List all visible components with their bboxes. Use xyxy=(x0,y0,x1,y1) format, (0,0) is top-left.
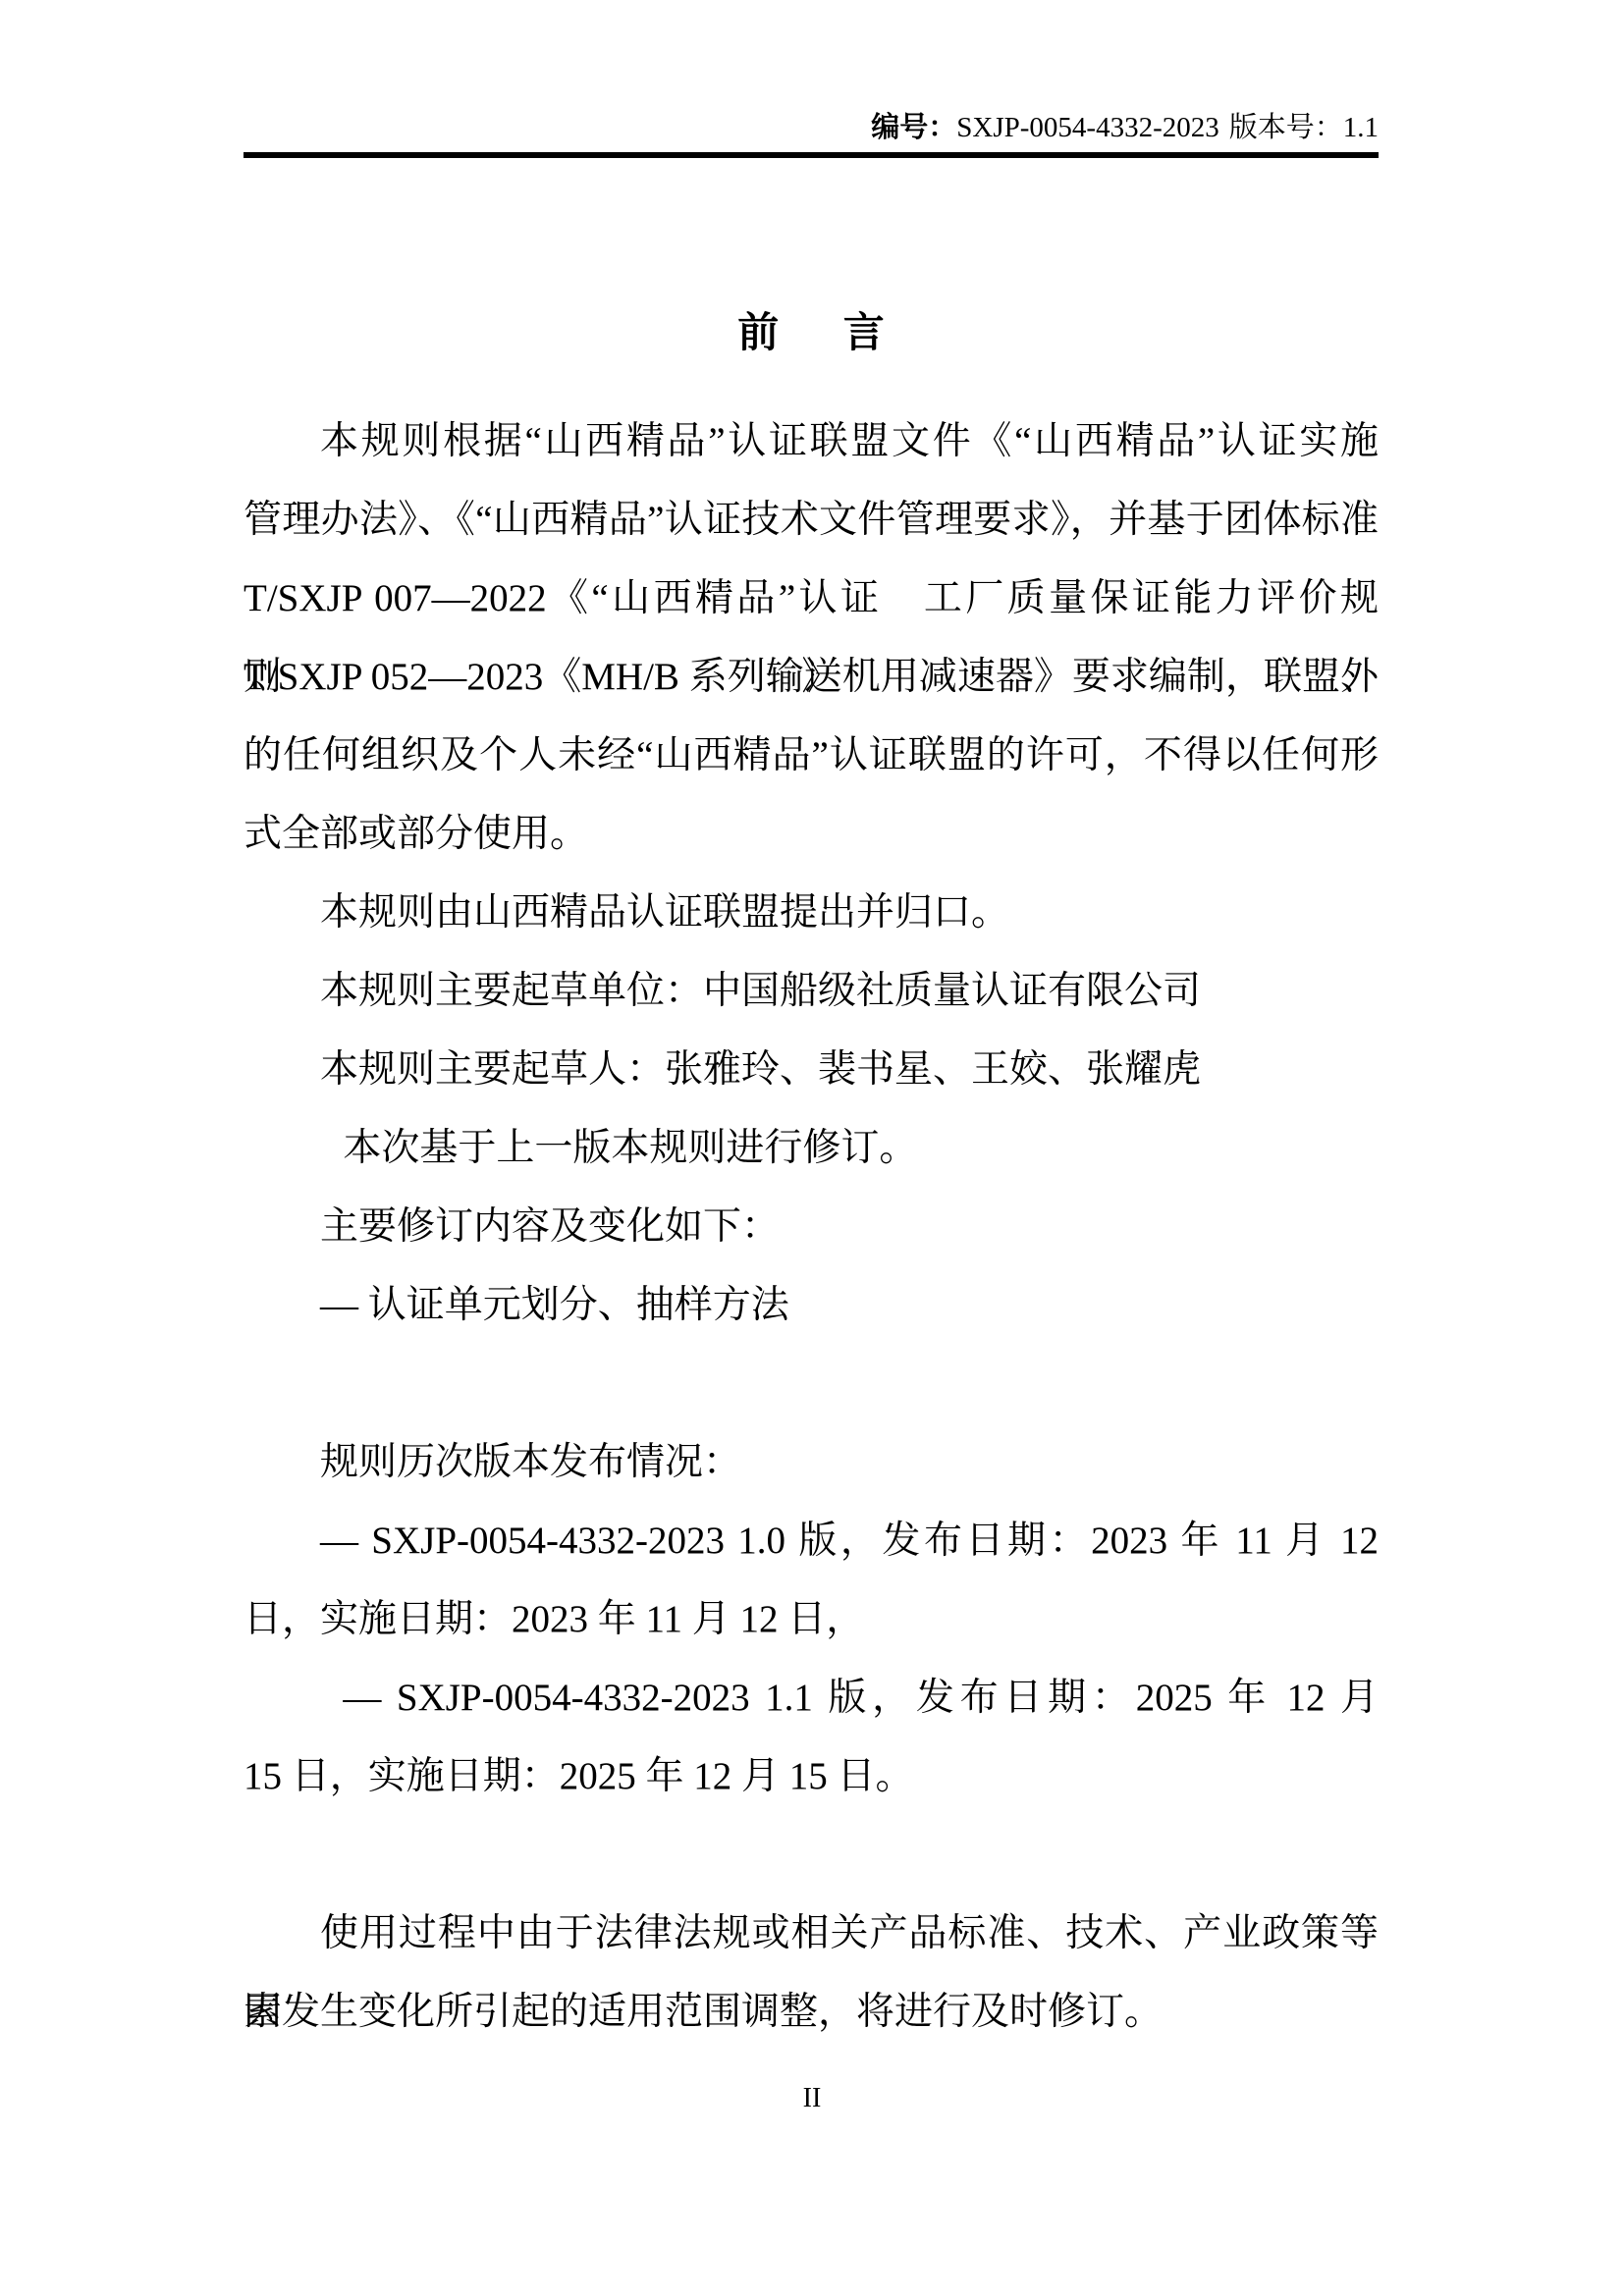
text-line: — SXJP-0054-4332-2023 1.0 版，发布日期：2023 年 … xyxy=(244,1502,1379,1580)
text-line: 管理办法》、《“山西精品”认证技术文件管理要求》，并基于团体标准 xyxy=(244,481,1379,560)
document-page: 编号：SXJP-0054-4332-2023版本号：1.1 前 言 本规则根据“… xyxy=(0,0,1624,2296)
text-line: 素发生变化所引起的适用范围调整，将进行及时修订。 xyxy=(244,1973,1379,2052)
header-rule-divider xyxy=(244,152,1379,158)
body-lines: 本规则根据“山西精品”认证联盟文件《“山西精品”认证实施管理办法》、《“山西精品… xyxy=(244,402,1379,2052)
text-line: 本规则由山西精品认证联盟提出并归口。 xyxy=(244,874,1379,952)
version-value: 1.1 xyxy=(1343,112,1379,143)
text-line: 本次基于上一版本规则进行修订。 xyxy=(244,1109,1379,1188)
text-line: 本规则根据“山西精品”认证联盟文件《“山西精品”认证实施 xyxy=(244,402,1379,481)
blank-line xyxy=(244,1816,1379,1895)
doc-number-value: SXJP-0054-4332-2023 xyxy=(956,112,1218,143)
text-line: — SXJP-0054-4332-2023 1.1 版，发布日期：2025 年 … xyxy=(244,1659,1379,1737)
text-line: 15 日，实施日期：2025 年 12 月 15 日。 xyxy=(244,1737,1379,1816)
text-line: 本规则主要起草单位：中国船级社质量认证有限公司 xyxy=(244,952,1379,1031)
doc-number-label: 编号： xyxy=(871,112,956,143)
text-line: 的任何组织及个人未经“山西精品”认证联盟的许可，不得以任何形 xyxy=(244,717,1379,795)
version-label: 版本号： xyxy=(1229,112,1343,143)
text-line: 式全部或部分使用。 xyxy=(244,795,1379,874)
page-header: 编号：SXJP-0054-4332-2023版本号：1.1 xyxy=(244,108,1379,147)
text-line: 本规则主要起草人：张雅玲、裴书星、王姣、张耀虎 xyxy=(244,1031,1379,1109)
text-line: 规则历次版本发布情况： xyxy=(244,1423,1379,1502)
text-line: 主要修订内容及变化如下： xyxy=(244,1188,1379,1266)
page-number: II xyxy=(0,2069,1624,2128)
text-line: 日，实施日期：2023 年 11 月 12 日， xyxy=(244,1580,1379,1659)
text-line: T/SXJP 052—2023《MH/B 系列输送机用减速器》要求编制，联盟外 xyxy=(244,638,1379,717)
text-line: T/SXJP 007—2022《“山西精品”认证 工厂质量保证能力评价规则》、 xyxy=(244,560,1379,638)
page-title: 前 言 xyxy=(244,294,1379,373)
text-line: — 认证单元划分、抽样方法 xyxy=(244,1266,1379,1345)
blank-line xyxy=(244,1345,1379,1423)
text-line: 使用过程中由于法律法规或相关产品标准、技术、产业政策等因 xyxy=(244,1895,1379,1973)
